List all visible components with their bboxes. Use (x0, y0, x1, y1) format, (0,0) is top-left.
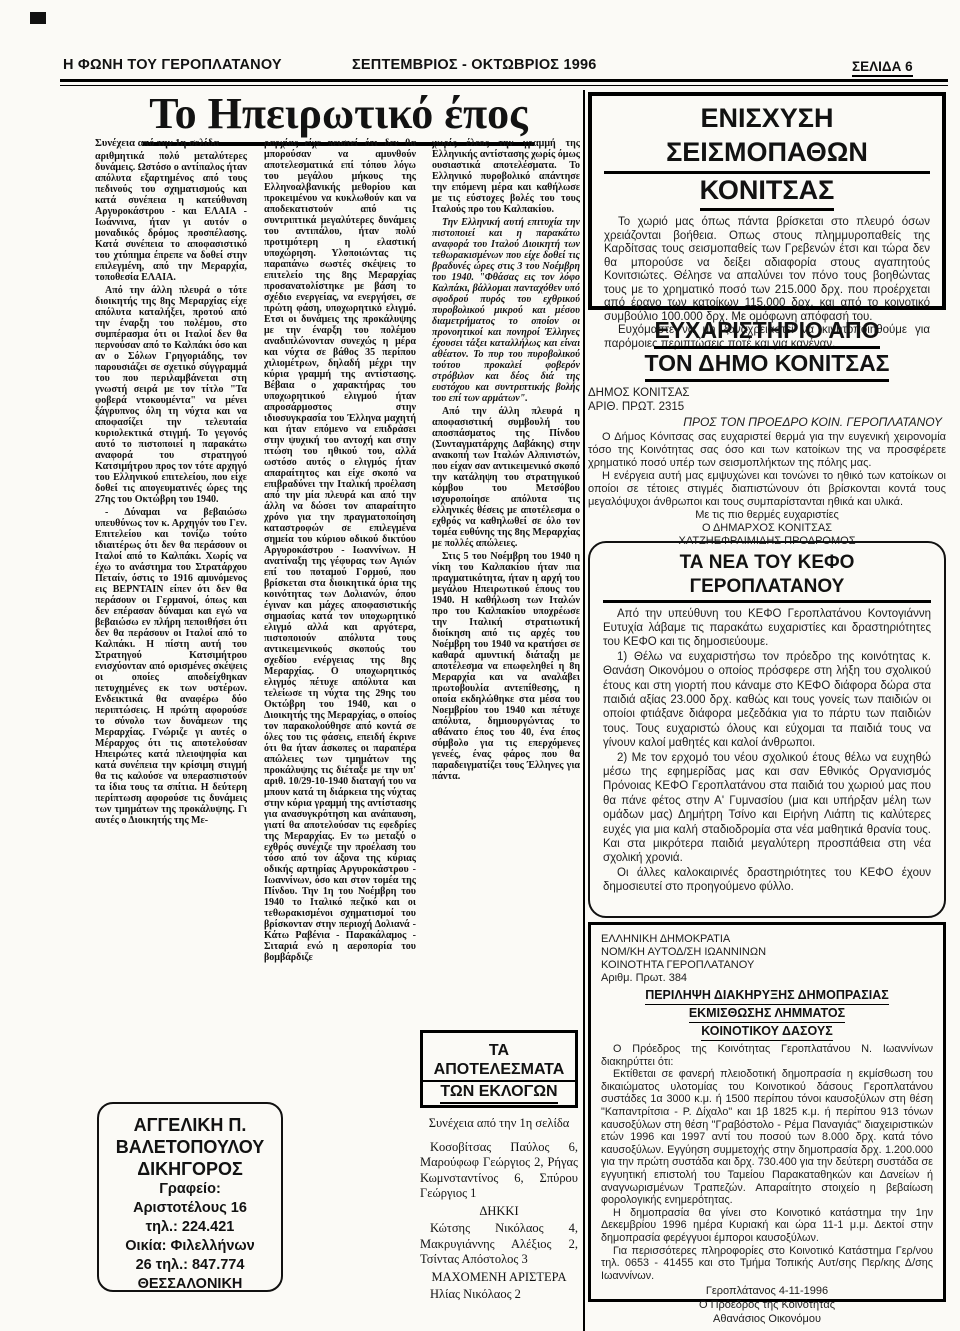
seismo-title-line2: ΚΟΝΙΤΣΑΣ (700, 174, 835, 212)
kefo-title: ΤΑ ΝΕΑ ΤΟΥ ΚΕΦΟ ΓΕΡΟΠΛΑΤΑΝΟΥ (603, 551, 931, 603)
auction-title-line3: ΚΟΙΝΟΤΙΚΟΥ ΔΑΣΟΥΣ (701, 1023, 832, 1041)
home-phone: 26 τηλ.: 847.774 (99, 1256, 281, 1275)
auction-paragraph: Ο Πρόεδρος της Κοινότητας Γεροπλατάνου Ν… (601, 1043, 933, 1068)
header-rule-thick (60, 79, 948, 82)
kefo-paragraph: Από την υπεύθυνη του ΚΕΦΟ Γεροπλατάνου Κ… (603, 607, 931, 650)
closing-line: Με τις πιο θερμές ευχαριστίες (588, 509, 946, 522)
efharistirio-title-line2: ΤΟΝ ΔΗΜΟ ΚΟΝΙΤΣΑΣ (645, 349, 890, 382)
home-address: Οικία: Φιλελλήνων (99, 1237, 281, 1256)
article-paragraph-italic-quote: Την Ελληνική αυτή επιτυχία την πιστοποιε… (432, 217, 580, 404)
efharistirio-title-line1: ΕΥΧΑΡΙΣΤΗΡΙΟ ΑΠΟ (654, 316, 879, 349)
auction-paragraph: Εκτίθεται σε φανερή πλειοδοτική δημοπρασ… (601, 1068, 933, 1207)
election-results-list: Συνέχεια από την 1η σελίδα Κοσοβίτσας Πα… (420, 1116, 578, 1331)
article-column-1: Συνέχεια από την 1η σελίδα αριθμητικά πο… (95, 138, 247, 1096)
election-candidates: Κώτσης Νικόλαος 4, Μακρυγιάννης Αλέξιος … (420, 1221, 578, 1268)
lawyer-ad-box: ΑΓΓΕΛΙΚΗ Π. ΒΑΛΕΤΟΠΟΥΛΟΥ ΔΙΚΗΓΟΡΟΣ Γραφε… (97, 1102, 283, 1292)
page-number: ΣΕΛΙΔΑ 6 (852, 59, 913, 77)
sign-name: Αθανάσιος Οικονόμου (601, 1312, 933, 1326)
authority-line: ΚΟΙΝΟΤΗΤΑ ΓΕΡΟΠΛΑΤΑΝΟΥ (601, 959, 933, 972)
election-party-label: ΜΑΧΟΜΕΝΗ ΑΡΙΣΤΕΡΑ (420, 1270, 578, 1286)
election-title-line1: ΤΑ ΑΠΟΤΕΛΕΣΜΑΤΑ (423, 1041, 575, 1082)
kefo-news-box: ΤΑ ΝΕΑ ΤΟΥ ΚΕΦΟ ΓΕΡΟΠΛΑΤΑΝΟΥ Από την υπε… (588, 541, 946, 918)
election-candidates: Ηλίας Νικόλαος 2 (420, 1287, 578, 1303)
continued-from-note: Συνέχεια από την 1η σελίδα (95, 138, 247, 149)
protocol-number: Αριθμ. Πρωτ. 384 (601, 972, 933, 985)
thankyou-paragraph: Η ενέργεια αυτή μας εμψυχώνει και τονώνε… (588, 470, 946, 509)
kefo-paragraph: Οι άλλες καλοκαιρινές δραστηριότητες του… (603, 866, 931, 895)
protocol-number: ΑΡΙΘ. ΠΡΩΤ. 2315 (588, 400, 946, 414)
addressee-line: ΠΡΟΣ ΤΟΝ ΠΡΟΕΔΡΟ ΚΟΙΝ. ΓΕΡΟΠΛΑΤΑΝΟΥ (588, 415, 942, 429)
header-rule-thin (60, 85, 948, 86)
auction-announcement-box: ΕΛΛΗΝΙΚΗ ΔΗΜΟΚΡΑΤΙΑ ΝΟΜ/ΚΗ ΑΥΤΟΔ/ΣΗ ΙΩΑΝ… (588, 922, 946, 1302)
earthquake-aid-box: ΕΝΙΣΧΥΣΗ ΣΕΙΣΜΟΠΑΘΩΝ ΚΟΝΙΤΣΑΣ Το χωριό μ… (588, 92, 946, 310)
article-paragraph: - Δύναμαι να βεβαιώσω υπευθύνως τον κ. Α… (95, 507, 247, 826)
newspaper-page: Η ΦΩΝΗ ΤΟΥ ΓΕΡΟΠΛΑΤΑΝΟΥ ΣΕΠΤΕΜΒΡΙΟΣ - ΟΚ… (0, 0, 960, 1331)
city: ΘΕΣΣΑΛΟΝΙΚΗ (99, 1275, 281, 1294)
page-header: Η ΦΩΝΗ ΤΟΥ ΓΕΡΟΠΛΑΤΑΝΟΥ ΣΕΠΤΕΜΒΡΙΟΣ - ΟΚ… (0, 0, 960, 90)
authority-line: ΝΟΜ/ΚΗ ΑΥΤΟΔ/ΣΗ ΙΩΑΝΝΙΝΩΝ (601, 946, 933, 959)
column-divider (583, 90, 585, 1331)
seismo-paragraph: Το χωριό μας όπως πάντα βρίσκεται στο πλ… (604, 216, 930, 324)
office-label: Γραφείο: (99, 1180, 281, 1199)
auction-paragraph: Για περισσότερες πληροφορίες στο Κοινοτι… (601, 1245, 933, 1283)
article-column-3: χωρίς έλεος την γραμμή της Ελληνικής αντ… (432, 138, 580, 1026)
article-paragraph: Από την άλλη πλευρά ο τότε διοικητής της… (95, 285, 247, 505)
thankyou-paragraph: Ο Δήμος Κόνιτσας σας ευχαριστεί θερμά γι… (588, 431, 946, 470)
article-paragraph: Στις 5 του Νοέμβρη του 1940 η νίκη του Κ… (432, 551, 580, 782)
election-party-label: ΔΗΚΚΙ (420, 1204, 578, 1220)
office-phone: τηλ.: 224.421 (99, 1218, 281, 1237)
sender-name: ΔΗΜΟΣ ΚΟΝΙΤΣΑΣ (588, 386, 946, 400)
lawyer-name-line2: ΒΑΛΕΤΟΠΟΥΛΟΥ (99, 1136, 281, 1158)
election-candidates: Κοσοβίτσας Παύλος 6, Μαρούφωφ Γεώργιος 2… (420, 1140, 578, 1202)
seismo-title-line1: ΕΝΙΣΧΥΣΗ ΣΕΙΣΜΟΠΑΘΩΝ (604, 102, 930, 174)
newspaper-title: Η ΦΩΝΗ ΤΟΥ ΓΕΡΟΠΛΑΤΑΝΟΥ (63, 57, 282, 73)
kefo-paragraph: 2) Με τον ερχομό του νέου σχολικού έτους… (603, 751, 931, 866)
lawyer-name-line1: ΑΓΓΕΛΙΚΗ Π. (99, 1114, 281, 1136)
auction-title-line2: ΕΚΜΙΣΘΩΣΗΣ ΛΗΜΜΑΤΟΣ (689, 1005, 845, 1023)
sign-place-date: Γεροπλάτανος 4-11-1996 (601, 1284, 933, 1298)
authority-line: ΕΛΛΗΝΙΚΗ ΔΗΜΟΚΡΑΤΙΑ (601, 933, 933, 946)
auction-title-line1: ΠΕΡΙΛΗΨΗ ΔΙΑΚΗΡΥΞΗΣ ΔΗΜΟΠΡΑΣΙΑΣ (645, 987, 889, 1005)
election-title-line2: ΤΩΝ ΕΚΛΟΓΩΝ (440, 1082, 557, 1104)
article-paragraph: χωρίς έλεος την γραμμή της Ελληνικής αντ… (432, 138, 580, 215)
article-paragraph: αριθμητικά πολύ μεταλύτερες δυνάμεις. Ωσ… (95, 151, 247, 283)
issue-date: ΣΕΠΤΕΜΒΡΙΟΣ - ΟΚΤΩΒΡΙΟΣ 1996 (352, 57, 597, 73)
article-column-2: ραρχίας είχε πειστεί ότι δεν θα μπορούσα… (264, 138, 416, 1324)
article-paragraph: Από την άλλη πλευρά η αποφασιστική συμβο… (432, 406, 580, 549)
auction-paragraph: Η δημοπρασία θα γίνει στο Κοινοτικό κατά… (601, 1207, 933, 1245)
lawyer-profession: ΔΙΚΗΓΟΡΟΣ (99, 1158, 281, 1180)
sign-title: Ο Πρόεδρος της Κοινότητας (601, 1298, 933, 1312)
konitsa-thankyou-section: ΕΥΧΑΡΙΣΤΗΡΙΟ ΑΠΟ ΤΟΝ ΔΗΜΟ ΚΟΝΙΤΣΑΣ ΔΗΜΟΣ… (588, 316, 946, 536)
office-address: Αριστοτέλους 16 (99, 1199, 281, 1218)
kefo-paragraph: 1) Θέλω να ευχαριστήσω τον πρόεδρο της κ… (603, 650, 931, 751)
continued-from-note: Συνέχεια από την 1η σελίδα (420, 1116, 578, 1132)
article-paragraph: ραρχίας είχε πειστεί ότι δεν θα μπορούσα… (264, 138, 416, 963)
mayor-title: Ο ΔΗΜΑΡΧΟΣ ΚΟΝΙΤΣΑΣ (588, 522, 946, 535)
election-results-title-box: ΤΑ ΑΠΟΤΕΛΕΣΜΑΤΑ ΤΩΝ ΕΚΛΟΓΩΝ (420, 1030, 578, 1108)
